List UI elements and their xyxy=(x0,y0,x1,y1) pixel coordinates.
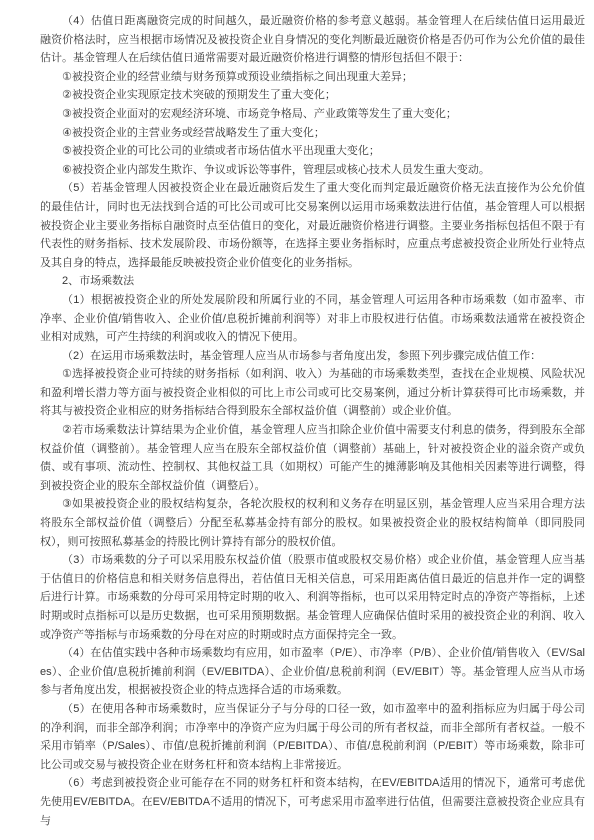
paragraph: ②若市场乘数法计算结果为企业价值，基金管理人应当扣除企业价值中需要支付利息的债务… xyxy=(40,421,585,495)
paragraph: ②被投资企业实现原定技术突破的预期发生了重大变化； xyxy=(40,86,585,105)
paragraph: ①被投资企业的经营业绩与财务预算或预设业绩指标之间出现重大差异； xyxy=(40,68,585,87)
paragraph: （3）市场乘数的分子可以采用股东权益价值（股票市值或股权交易价格）或企业价值，基… xyxy=(40,551,585,644)
document-page: （4）估值日距离融资完成的时间越久，最近融资价格的参考意义越弱。基金管理人在后续… xyxy=(0,0,594,840)
paragraph: ⑤被投资企业的可比公司的业绩或者市场估值水平出现重大变化； xyxy=(40,142,585,161)
document-body: （4）估值日距离融资完成的时间越久，最近融资价格的参考意义越弱。基金管理人在后续… xyxy=(40,12,585,830)
paragraph: ③被投资企业面对的宏观经济环境、市场竞争格局、产业政策等发生了重大变化； xyxy=(40,105,585,124)
paragraph: （5）在使用各种市场乘数时，应当保证分子与分母的口径一致，如市盈率中的盈利指标应… xyxy=(40,700,585,774)
paragraph: ④被投资企业的主营业务或经营战略发生了重大变化； xyxy=(40,124,585,143)
paragraph: （5）若基金管理人因被投资企业在最近融资后发生了重大变化而判定最近融资价格无法直… xyxy=(40,179,585,272)
paragraph: （2）在运用市场乘数法时，基金管理人应当从市场参与者角度出发，参照下列步骤完成估… xyxy=(40,347,585,366)
paragraph: ③如果被投资企业的股权结构复杂，各轮次股权的权利和义务存在明显区别，基金管理人应… xyxy=(40,495,585,551)
paragraph: （4）在估值实践中各种市场乘数均有应用，如市盈率（P/E）、市净率（P/B）、企… xyxy=(40,644,585,700)
paragraph: （1）根据被投资企业的所处发展阶段和所属行业的不同，基金管理人可运用各种市场乘数… xyxy=(40,291,585,347)
paragraph: （4）估值日距离融资完成的时间越久，最近融资价格的参考意义越弱。基金管理人在后续… xyxy=(40,12,585,68)
paragraph: ⑥被投资企业内部发生欺诈、争议或诉讼等事件，管理层或核心技术人员发生重大变动。 xyxy=(40,161,585,180)
paragraph: ①选择被投资企业可持续的财务指标（如利润、收入）为基础的市场乘数类型，查找在企业… xyxy=(40,365,585,421)
paragraph: 2、市场乘数法 xyxy=(40,272,585,291)
paragraph: （6）考虑到被投资企业可能存在不同的财务杠杆和资本结构，在EV/EBITDA适用… xyxy=(40,774,585,830)
